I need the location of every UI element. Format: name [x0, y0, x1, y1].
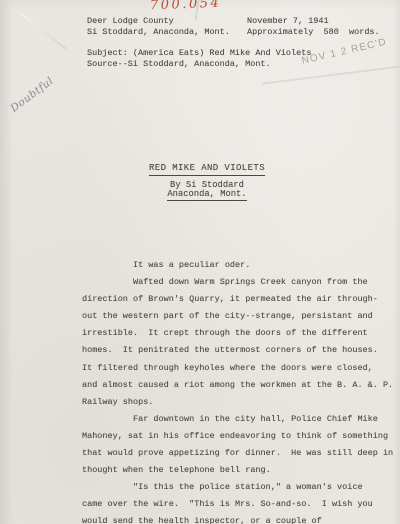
- header-author-block: Deer Lodge County Si Stoddard, Anaconda,…: [87, 16, 230, 37]
- body-line: irrestible. It crept through the doors o…: [82, 325, 393, 342]
- body-line: that would prove appetizing for dinner. …: [82, 445, 393, 462]
- body-line: "Is this the police station," a woman's …: [82, 479, 393, 496]
- handwritten-doubtful-note: Doubtful: [8, 75, 56, 115]
- body-line: It was a peculiar oder.: [82, 257, 393, 274]
- handwritten-catalog-number: 700.054: [150, 0, 222, 13]
- source-line: Source--Si Stoddard, Anaconda, Mont.: [87, 59, 311, 70]
- byline-location-text: Anaconda, Mont.: [167, 190, 246, 201]
- body-line: Far downtown in the city hall, Police Ch…: [82, 411, 393, 428]
- document-title: RED MIKE AND VIOLETS: [14, 164, 400, 176]
- header-county-line: Deer Lodge County: [87, 16, 230, 27]
- header-date-block: November 7, 1941 Approximately 580 words…: [247, 16, 380, 37]
- byline-location: Anaconda, Mont.: [14, 190, 400, 201]
- header-date-line: November 7, 1941: [247, 16, 380, 27]
- subject-source-block: Subject: (America Eats) Red Mike And Vio…: [87, 48, 311, 69]
- body-line: Railway shops.: [82, 394, 393, 411]
- received-date-stamp: NOV 1 2 REC'D: [301, 37, 388, 67]
- byline-text: By Si Stoddard: [170, 180, 244, 190]
- body-line: thought when the telephone bell rang.: [82, 462, 393, 479]
- header-author-line: Si Stoddard, Anaconda, Mont.: [87, 27, 230, 38]
- subject-line: Subject: (America Eats) Red Mike And Vio…: [87, 48, 311, 59]
- body-line: out the western part of the city--strang…: [82, 308, 393, 325]
- body-line: direction of Brown's Quarry, it permeate…: [82, 291, 393, 308]
- body-line: came over the wire. "This is Mrs. So-and…: [82, 496, 393, 513]
- body-line: would send the health inspector, or a co…: [82, 513, 393, 524]
- body-line: and almost caused a riot among the workm…: [82, 377, 393, 394]
- scanned-typewritten-page: 700.054 Deer Lodge County Si Stoddard, A…: [0, 0, 400, 524]
- body-line: Mahoney, sat in his office endeavoring t…: [82, 428, 393, 445]
- document-title-text: RED MIKE AND VIOLETS: [149, 164, 265, 176]
- body-line: Wafted down Warm Springs Creek canyon fr…: [82, 274, 393, 291]
- body-line: It filtered through keyholes where the d…: [82, 360, 393, 377]
- header-wordcount-line: Approximately 580 words.: [247, 27, 380, 38]
- title-block: RED MIKE AND VIOLETS By Si Stoddard Anac…: [0, 164, 400, 201]
- body-line: homes. It penitrated the uttermost corne…: [82, 342, 393, 359]
- paper-crease: [20, 12, 67, 49]
- document-body: It was a peculiar oder. Wafted down Warm…: [82, 257, 393, 524]
